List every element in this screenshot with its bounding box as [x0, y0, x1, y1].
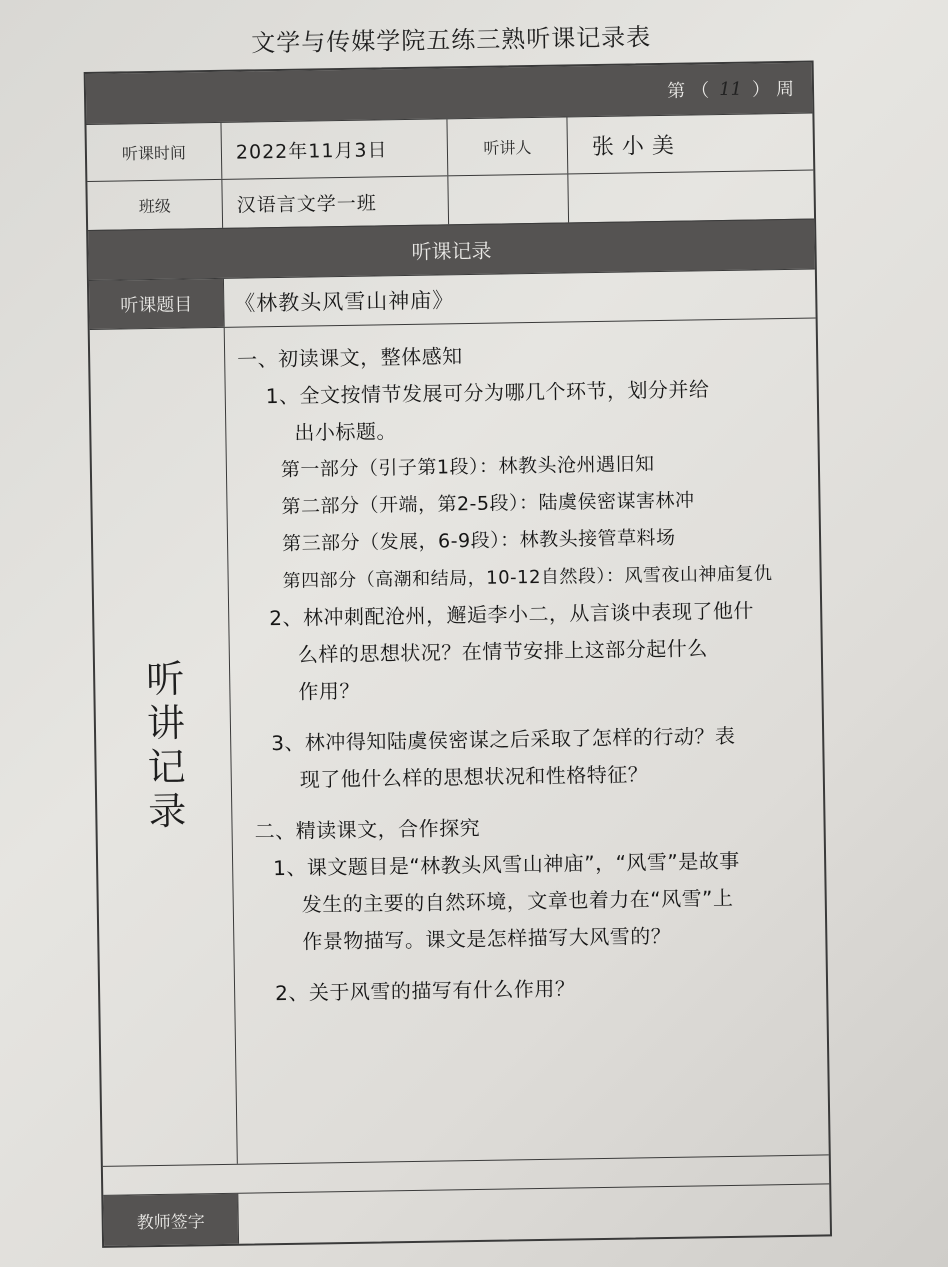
week-open-paren: （	[691, 76, 709, 102]
topic-label: 听课题目	[89, 279, 224, 329]
section-2-question-2: 2、关于风雪的描写有什么作用？	[247, 967, 817, 1013]
week-suffix: 周	[776, 75, 794, 101]
time-value: 2022年11月3日	[220, 119, 447, 179]
record-form: 第 （ 11 ） 周 听课时间 2022年11月3日 听讲人 张小美 班级 汉语…	[84, 61, 832, 1248]
section-1-question-2: 2、林冲刺配沧州，邂逅李小二，从言谈中表现了他什 么样的思想状况？在情节安排上这…	[241, 592, 812, 712]
form-sheet: 文学与传媒学院五练三熟听课记录表 第 （ 11 ） 周 听课时间 2022年11…	[0, 0, 948, 1267]
section-1-question-1: 1、全文按情节发展可分为哪几个环节，划分并给 出小标题。	[237, 370, 807, 453]
signature-field	[237, 1184, 830, 1243]
topic-value: 《林教头风雪山神庙》	[223, 270, 816, 327]
notes-label-cell: 听讲记录	[90, 328, 237, 1166]
question-text: 3、林冲得知陆虞侯密谋之后采取了怎样的行动？表	[271, 724, 736, 755]
empty-cell-2	[567, 171, 814, 223]
document-title: 文学与传媒学院五练三熟听课记录表	[231, 17, 671, 59]
notes-body: 一、初读课文，整体感知 1、全文按情节发展可分为哪几个环节，划分并给 出小标题。…	[224, 319, 829, 1164]
week-close-paren: ）	[752, 75, 770, 101]
week-number: 11	[719, 78, 742, 99]
class-value: 汉语言文学一班	[221, 176, 448, 228]
signature-row: 教师签字	[103, 1183, 830, 1245]
signature-label: 教师签字	[103, 1194, 238, 1246]
speaker-label: 听讲人	[446, 117, 567, 175]
section-1-question-3: 3、林冲得知陆虞侯密谋之后采取了怎样的行动？表 现了他什么样的思想状况和性格特征…	[243, 717, 813, 800]
class-label: 班级	[87, 180, 222, 230]
info-row-time: 听课时间 2022年11月3日 听讲人 张小美	[86, 113, 813, 181]
question-text: 2、林冲刺配沧州，邂逅李小二，从言谈中表现了他什	[269, 599, 754, 631]
empty-cell-1	[447, 174, 568, 224]
notes-label: 听讲记录	[134, 658, 192, 835]
question-text: 1、全文按情节发展可分为哪几个环节，划分并给	[266, 377, 710, 408]
notes-row: 听讲记录 一、初读课文，整体感知 1、全文按情节发展可分为哪几个环节，划分并给 …	[90, 318, 829, 1166]
week-prefix: 第	[667, 77, 685, 103]
time-label: 听课时间	[86, 123, 221, 181]
question-text: 1、课文题目是“林教头风雪山神庙”，“风雪”是故事	[273, 849, 740, 880]
section-2-question-1: 1、课文题目是“林教头风雪山神庙”，“风雪”是故事 发生的主要的自然环境，文章也…	[245, 842, 816, 962]
speaker-value: 张小美	[566, 114, 813, 174]
